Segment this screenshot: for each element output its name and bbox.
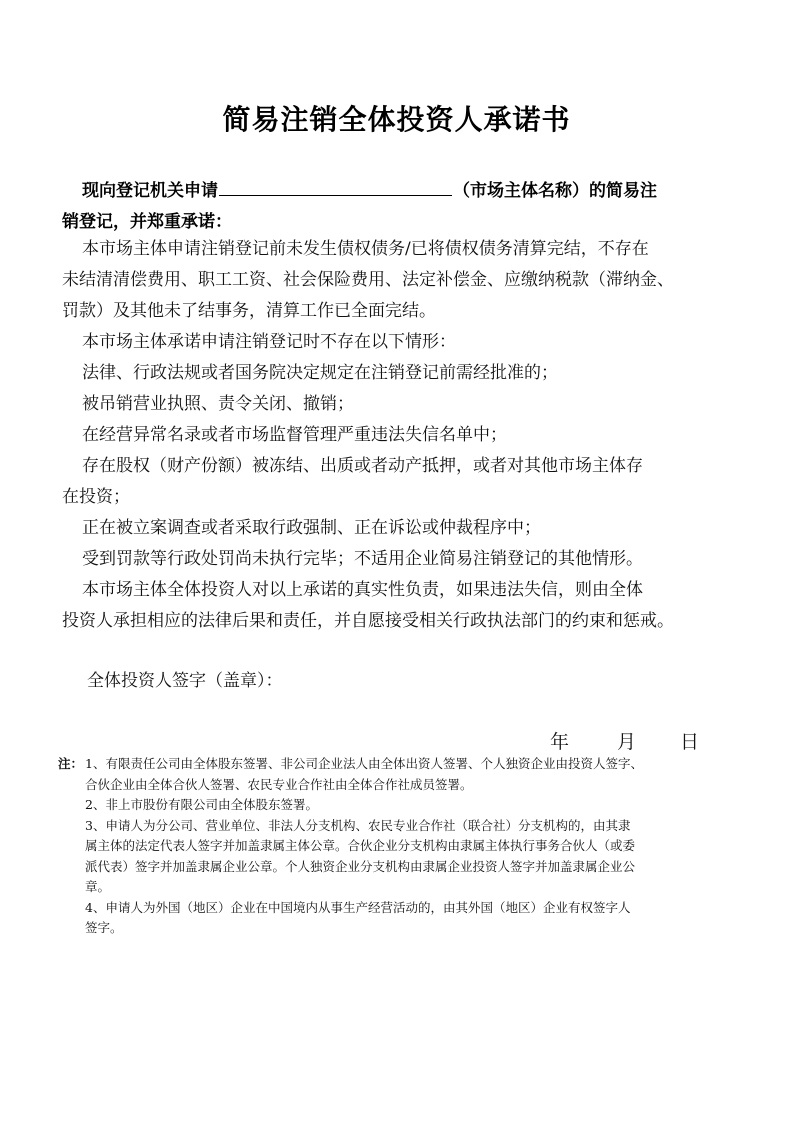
note-line: 属主体的法定代表人签字并加盖隶属主体公章。合伙企业分支机构由隶属主体执行事务合伙… — [85, 836, 635, 857]
body-line: 本市场主体申请注销登记前未发生债权债务/已将债权债务清算完结，不存在 — [82, 234, 649, 265]
body-line: 正在被立案调查或者采取行政强制、正在诉讼或仲裁程序中； — [82, 513, 541, 544]
market-entity-name-blank[interactable] — [219, 179, 452, 196]
body-line: 被吊销营业执照、责令关闭、撤销； — [82, 389, 354, 420]
body-line: 存在股权（财产份额）被冻结、出质或者动产抵押，或者对其他市场主体存 — [82, 451, 643, 482]
date-year-label: 年 — [550, 727, 569, 754]
body-line: 法律、行政法规或者国务院决定规定在注销登记前需经批准的； — [82, 358, 558, 389]
note-line: 2、非上市股份有限公司由全体股东签署。 — [85, 795, 318, 816]
note-line: 章。 — [85, 877, 110, 898]
intro-line-1: 现向登记机关申请（市场主体名称）的简易注 — [82, 176, 657, 207]
body-line: 在经营异常名录或者市场监督管理严重违法失信名单中； — [82, 420, 507, 451]
document-page: 简易注销全体投资人承诺书 现向登记机关申请（市场主体名称）的简易注 销登记，并郑… — [0, 0, 793, 1122]
intro-prefix: 现向登记机关申请 — [82, 181, 218, 201]
note-line: 3、申请人为分公司、营业单位、非法人分支机构、农民专业合作社（联合社）分支机构的… — [85, 816, 630, 837]
body-line: 在投资； — [62, 482, 130, 513]
body-line: 本市场主体全体投资人对以上承诺的真实性负责，如果违法失信，则由全体 — [82, 575, 643, 606]
date-day-label: 日 — [680, 727, 699, 754]
note-line: 4、申请人为外国（地区）企业在中国境内从事生产经营活动的，由其外国（地区）企业有… — [85, 898, 630, 919]
body-line: 受到罚款等行政处罚尚未执行完毕；不适用企业简易注销登记的其他情形。 — [82, 544, 643, 575]
body-line: 罚款）及其他未了结事务，清算工作已全面完结。 — [62, 296, 436, 327]
document-title: 简易注销全体投资人承诺书 — [0, 98, 793, 138]
note-line: 1、有限责任公司由全体股东签署、非公司企业法人由全体出资人签署、个人独资企业由投… — [85, 754, 643, 775]
date-month-label: 月 — [617, 727, 636, 754]
investor-signature-label: 全体投资人签字（盖章）： — [87, 666, 283, 691]
note-line: 合伙企业由全体合伙人签署、农民专业合作社由全体合作社成员签署。 — [85, 775, 473, 796]
intro-suffix: （市场主体名称）的简易注 — [453, 181, 657, 201]
note-line: 签字。 — [85, 918, 123, 939]
body-line: 投资人承担相应的法律后果和责任，并自愿接受相关行政执法部门的约束和惩戒。 — [62, 606, 674, 637]
body-line: 未结清清偿费用、职工工资、社会保险费用、法定补偿金、应缴纳税款（滞纳金、 — [62, 265, 674, 296]
body-line: 本市场主体承诺申请注销登记时不存在以下情形： — [82, 327, 456, 358]
note-line: 派代表）签字并加盖隶属企业公章。个人独资企业分支机构由隶属企业投资人签字并加盖隶… — [85, 857, 635, 878]
notes-label: 注： — [58, 754, 83, 775]
